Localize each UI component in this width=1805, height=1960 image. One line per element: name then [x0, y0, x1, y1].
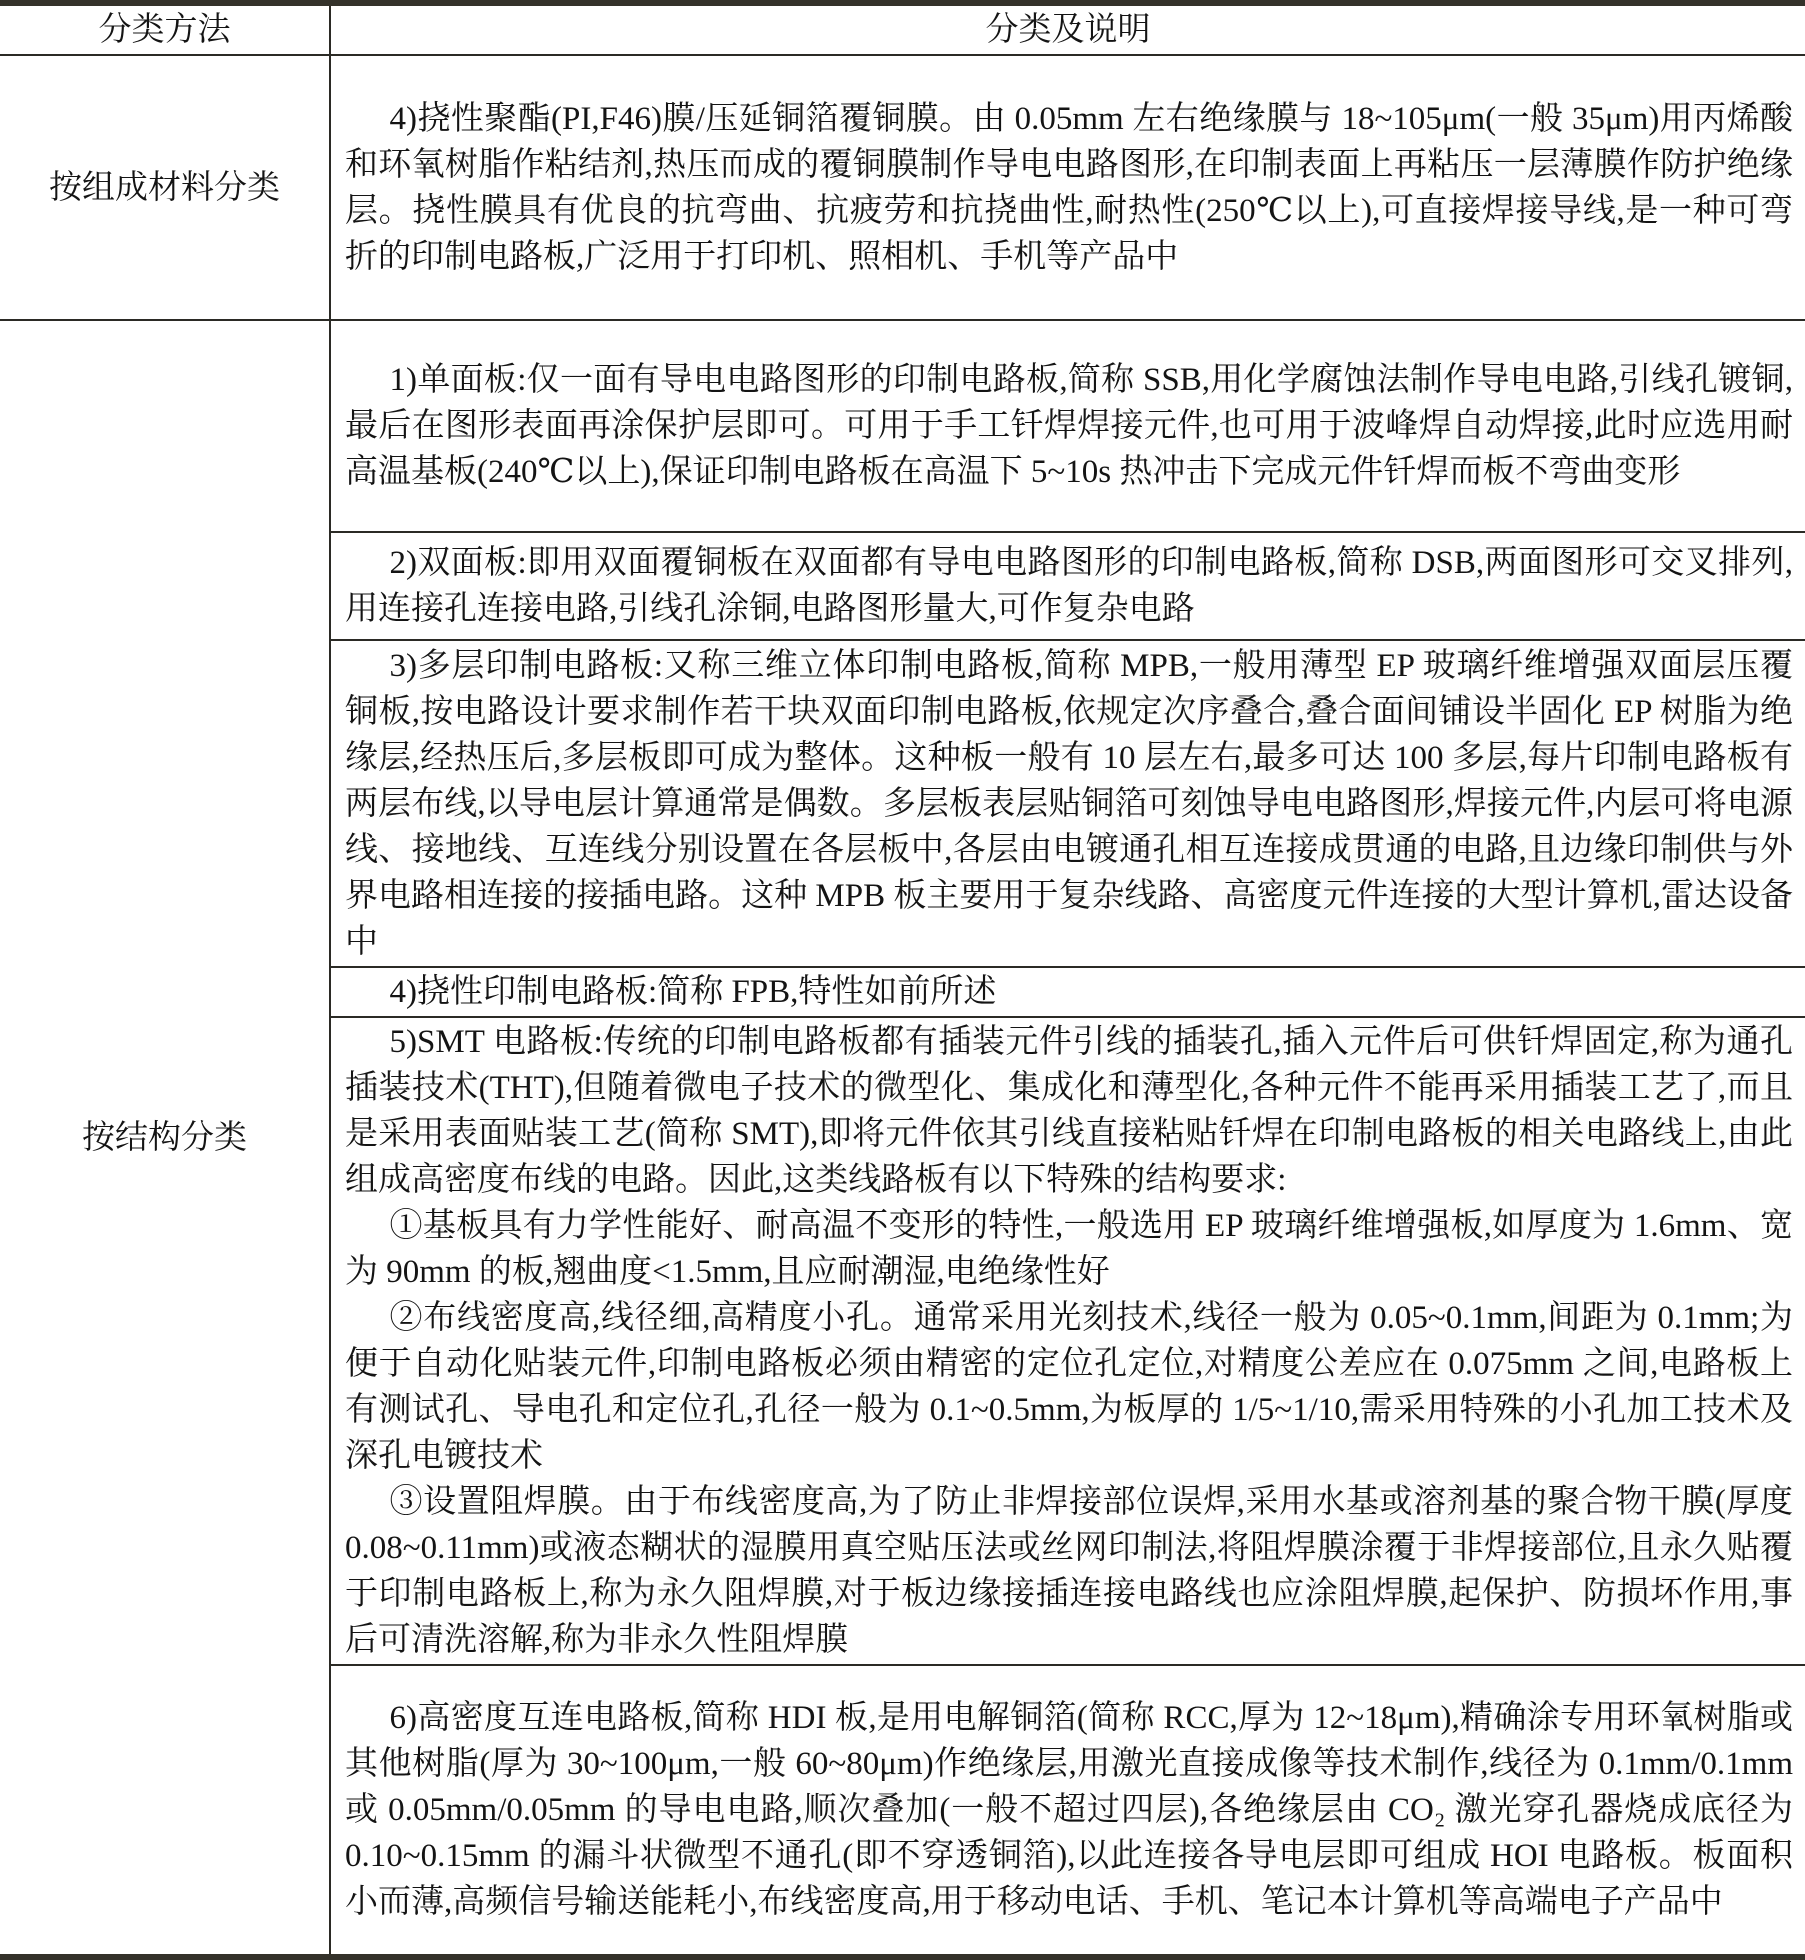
paragraph-smt-point-3: ③设置阻焊膜。由于布线密度高,为了防止非焊接部位误焊,采用水基或溶剂基的聚合物干… [345, 1479, 1793, 1663]
method-cell-by-structure: 按结构分类 [0, 321, 331, 1954]
header-description-column: 分类及说明 [331, 6, 1805, 56]
header-method-column: 分类方法 [0, 6, 331, 56]
description-cell-double-sided-board: 2)双面板:即用双面覆铜板在双面都有导电电路图形的印制电路板,简称 DSB,两面… [331, 533, 1805, 641]
description-cell-flexible-polyester: 4)挠性聚酯(PI,F46)膜/压延铜箔覆铜膜。由 0.05mm 左右绝缘膜与 … [331, 56, 1805, 321]
method-cell-by-material: 按组成材料分类 [0, 56, 331, 321]
paragraph-flexible-polyester: 4)挠性聚酯(PI,F46)膜/压延铜箔覆铜膜。由 0.05mm 左右绝缘膜与 … [345, 96, 1793, 280]
paragraph-double-sided-board: 2)双面板:即用双面覆铜板在双面都有导电电路图形的印制电路板,简称 DSB,两面… [345, 540, 1793, 632]
description-cell-multilayer-board: 3)多层印制电路板:又称三维立体印制电路板,简称 MPB,一般用薄型 EP 玻璃… [331, 641, 1805, 968]
paragraph-hdi-board: 6)高密度互连电路板,简称 HDI 板,是用电解铜箔(简称 RCC,厚为 12~… [345, 1695, 1793, 1925]
paragraph-multilayer-board: 3)多层印制电路板:又称三维立体印制电路板,简称 MPB,一般用薄型 EP 玻璃… [345, 643, 1793, 965]
paragraph-smt-point-2: ②布线密度高,线径细,高精度小孔。通常采用光刻技术,线径一般为 0.05~0.1… [345, 1295, 1793, 1479]
description-cell-smt-board: 5)SMT 电路板:传统的印制电路板都有插装元件引线的插装孔,插入元件后可供钎焊… [331, 1018, 1805, 1666]
paragraph-smt-point-1: ①基板具有力学性能好、耐高温不变形的特性,一般选用 EP 玻璃纤维增强板,如厚度… [345, 1203, 1793, 1295]
description-cell-hdi-board: 6)高密度互连电路板,简称 HDI 板,是用电解铜箔(简称 RCC,厚为 12~… [331, 1666, 1805, 1954]
description-cell-single-sided-board: 1)单面板:仅一面有导电电路图形的印制电路板,简称 SSB,用化学腐蚀法制作导电… [331, 321, 1805, 533]
method-label-by-material: 按组成材料分类 [49, 165, 280, 211]
paragraph-flexible-pcb: 4)挠性印制电路板:简称 FPB,特性如前所述 [345, 969, 1793, 1015]
classification-table: 分类方法 分类及说明 按组成材料分类 4)挠性聚酯(PI,F46)膜/压延铜箔覆… [0, 0, 1805, 1960]
description-cell-flexible-pcb: 4)挠性印制电路板:简称 FPB,特性如前所述 [331, 968, 1805, 1018]
paragraph-smt-intro: 5)SMT 电路板:传统的印制电路板都有插装元件引线的插装孔,插入元件后可供钎焊… [345, 1019, 1793, 1203]
paragraph-single-sided-board: 1)单面板:仅一面有导电电路图形的印制电路板,简称 SSB,用化学腐蚀法制作导电… [345, 357, 1793, 495]
method-label-by-structure: 按结构分类 [82, 1115, 247, 1161]
